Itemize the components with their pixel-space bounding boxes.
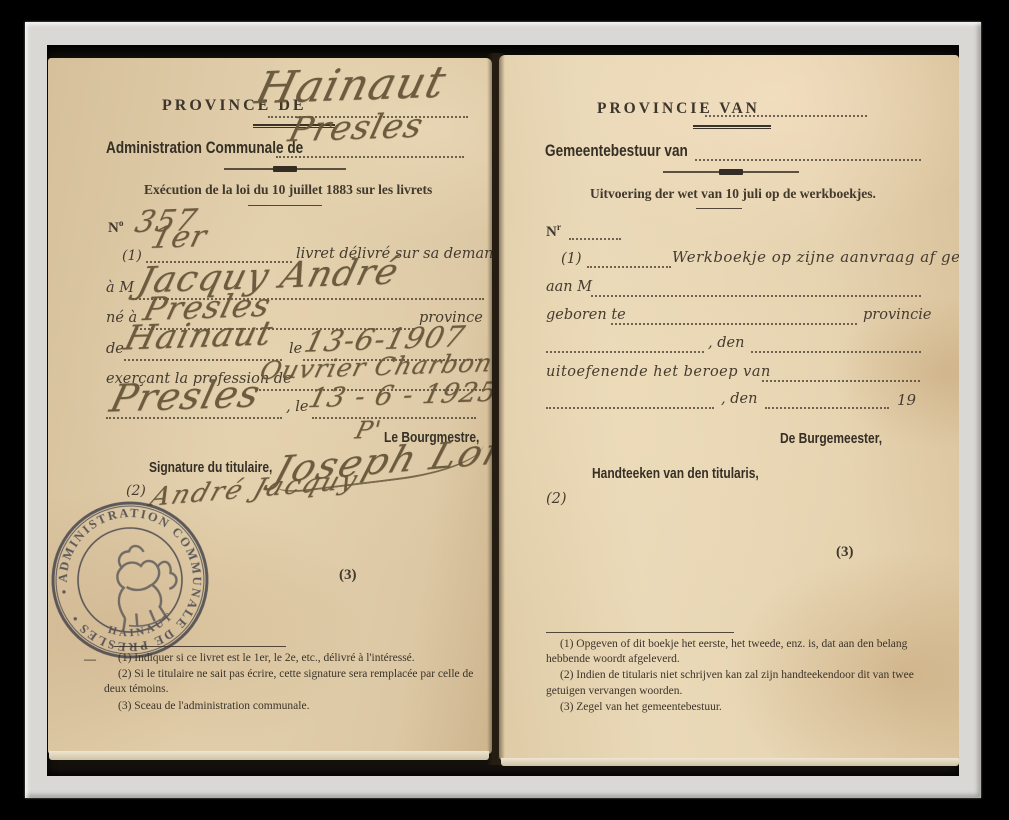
fill-line xyxy=(591,295,921,297)
admin-value-handwritten: Presles xyxy=(284,106,427,151)
fill-line xyxy=(765,407,889,409)
footnote-fr-1: (1) Indiquer si ce livret est le 1er, le… xyxy=(104,651,484,666)
law-underline xyxy=(696,208,742,209)
stamp-ring-text: • ADMINISTRATION COMMUNALE DE PRESLES • xyxy=(48,490,220,670)
footnote-marker-3: (3) xyxy=(339,567,357,584)
fill-line xyxy=(546,407,714,409)
form-line6-mid: , den xyxy=(721,391,757,407)
form-line5-label: uitoefenende het beroep van xyxy=(546,364,771,380)
admin-fill-line xyxy=(276,156,464,158)
right-page-dutch: PROVINCIE VAN Gemeentebestuur van Uitvoe… xyxy=(499,55,959,761)
footnote-marker-2: (2) xyxy=(546,491,567,507)
admin-label-fr: Administration Communale de xyxy=(106,138,303,158)
form-line3-label: geboren te xyxy=(546,307,626,323)
footnotes-fr: (1) Indiquer si ce livret est le 1er, le… xyxy=(104,651,484,715)
ordinal-handwritten: 1er xyxy=(147,219,211,256)
footnote-fr-2: (2) Si le titulaire ne sait pas écrire, … xyxy=(104,667,484,697)
admin-label-nl: Gemeentebestuur van xyxy=(545,141,688,161)
fill-line xyxy=(762,380,920,382)
footnotes-nl: (1) Opgeven of dit boekje het eerste, he… xyxy=(546,637,930,716)
ornament-divider xyxy=(224,168,346,170)
fill-line xyxy=(705,115,867,117)
footnote-nl-2: (2) Indien de titularis niet schrijven k… xyxy=(546,668,930,698)
footnote-separator xyxy=(114,646,286,647)
footnote-marker-1: (1) xyxy=(122,248,142,264)
fill-line xyxy=(695,159,921,161)
svg-text:• ADMINISTRATION COMMUNALE DE: • ADMINISTRATION COMMUNALE DE PRESLES • xyxy=(48,490,220,670)
left-page-french: PROVINCE DE Hainaut Administration Commu… xyxy=(48,58,492,754)
form-line1-text: Werkboekje op zijne aanvraag af geleverd xyxy=(672,248,959,266)
number-label: Nr xyxy=(546,223,561,241)
fill-line xyxy=(751,351,921,353)
fill-line xyxy=(587,266,671,268)
fill-line xyxy=(124,359,282,361)
footnote-fr-3: (3) Sceau de l'administration communale. xyxy=(104,699,484,714)
fill-line xyxy=(569,238,621,240)
law-line-nl: Uitvoering der wet van 10 juli op de wer… xyxy=(590,186,876,202)
footnote-marker-3: (3) xyxy=(836,544,854,561)
footnote-marker-1: (1) xyxy=(561,251,582,267)
fill-line xyxy=(611,323,857,325)
workbook-photo: PROVINCE DE Hainaut Administration Commu… xyxy=(0,0,1009,820)
double-rule xyxy=(693,125,771,129)
form-line2-label: à M xyxy=(106,280,134,296)
law-line-fr: Exécution de la loi du 10 juillet 1883 s… xyxy=(144,182,432,198)
left-page-bottom-edge xyxy=(49,751,489,760)
number-label: No xyxy=(108,219,124,237)
footnote-nl-1: (1) Opgeven of dit boekje het eerste, he… xyxy=(546,637,930,667)
form-line4-mid: , den xyxy=(708,335,744,351)
form-line2-label: aan M xyxy=(546,279,592,295)
issue-place-handwritten: Presles xyxy=(106,371,265,420)
fill-line xyxy=(546,351,704,353)
fill-line xyxy=(312,417,476,419)
margin-dash: — xyxy=(84,652,96,667)
form-line3-right: provincie xyxy=(863,307,931,323)
frame-opening: PROVINCE DE Hainaut Administration Commu… xyxy=(47,45,959,776)
municipal-stamp: • ADMINISTRATION COMMUNALE DE PRESLES • … xyxy=(48,481,229,680)
form-line6-year: 19 xyxy=(897,391,916,409)
book-gutter xyxy=(487,53,505,765)
ornament-divider xyxy=(663,171,799,173)
footnote-separator xyxy=(546,632,734,633)
birth-province-handwritten: Hainaut xyxy=(120,313,277,358)
law-underline xyxy=(248,205,322,206)
holder-signature-label-nl: Handteeken van den titularis, xyxy=(592,465,759,482)
issue-date-handwritten: 13 - 6 - 1925 xyxy=(305,377,492,414)
right-page-bottom-edge xyxy=(501,758,959,766)
footnote-nl-3: (3) Zegel van het gemeentebestuur. xyxy=(546,700,930,715)
mayor-label-nl: De Burgemeester, xyxy=(780,430,882,447)
